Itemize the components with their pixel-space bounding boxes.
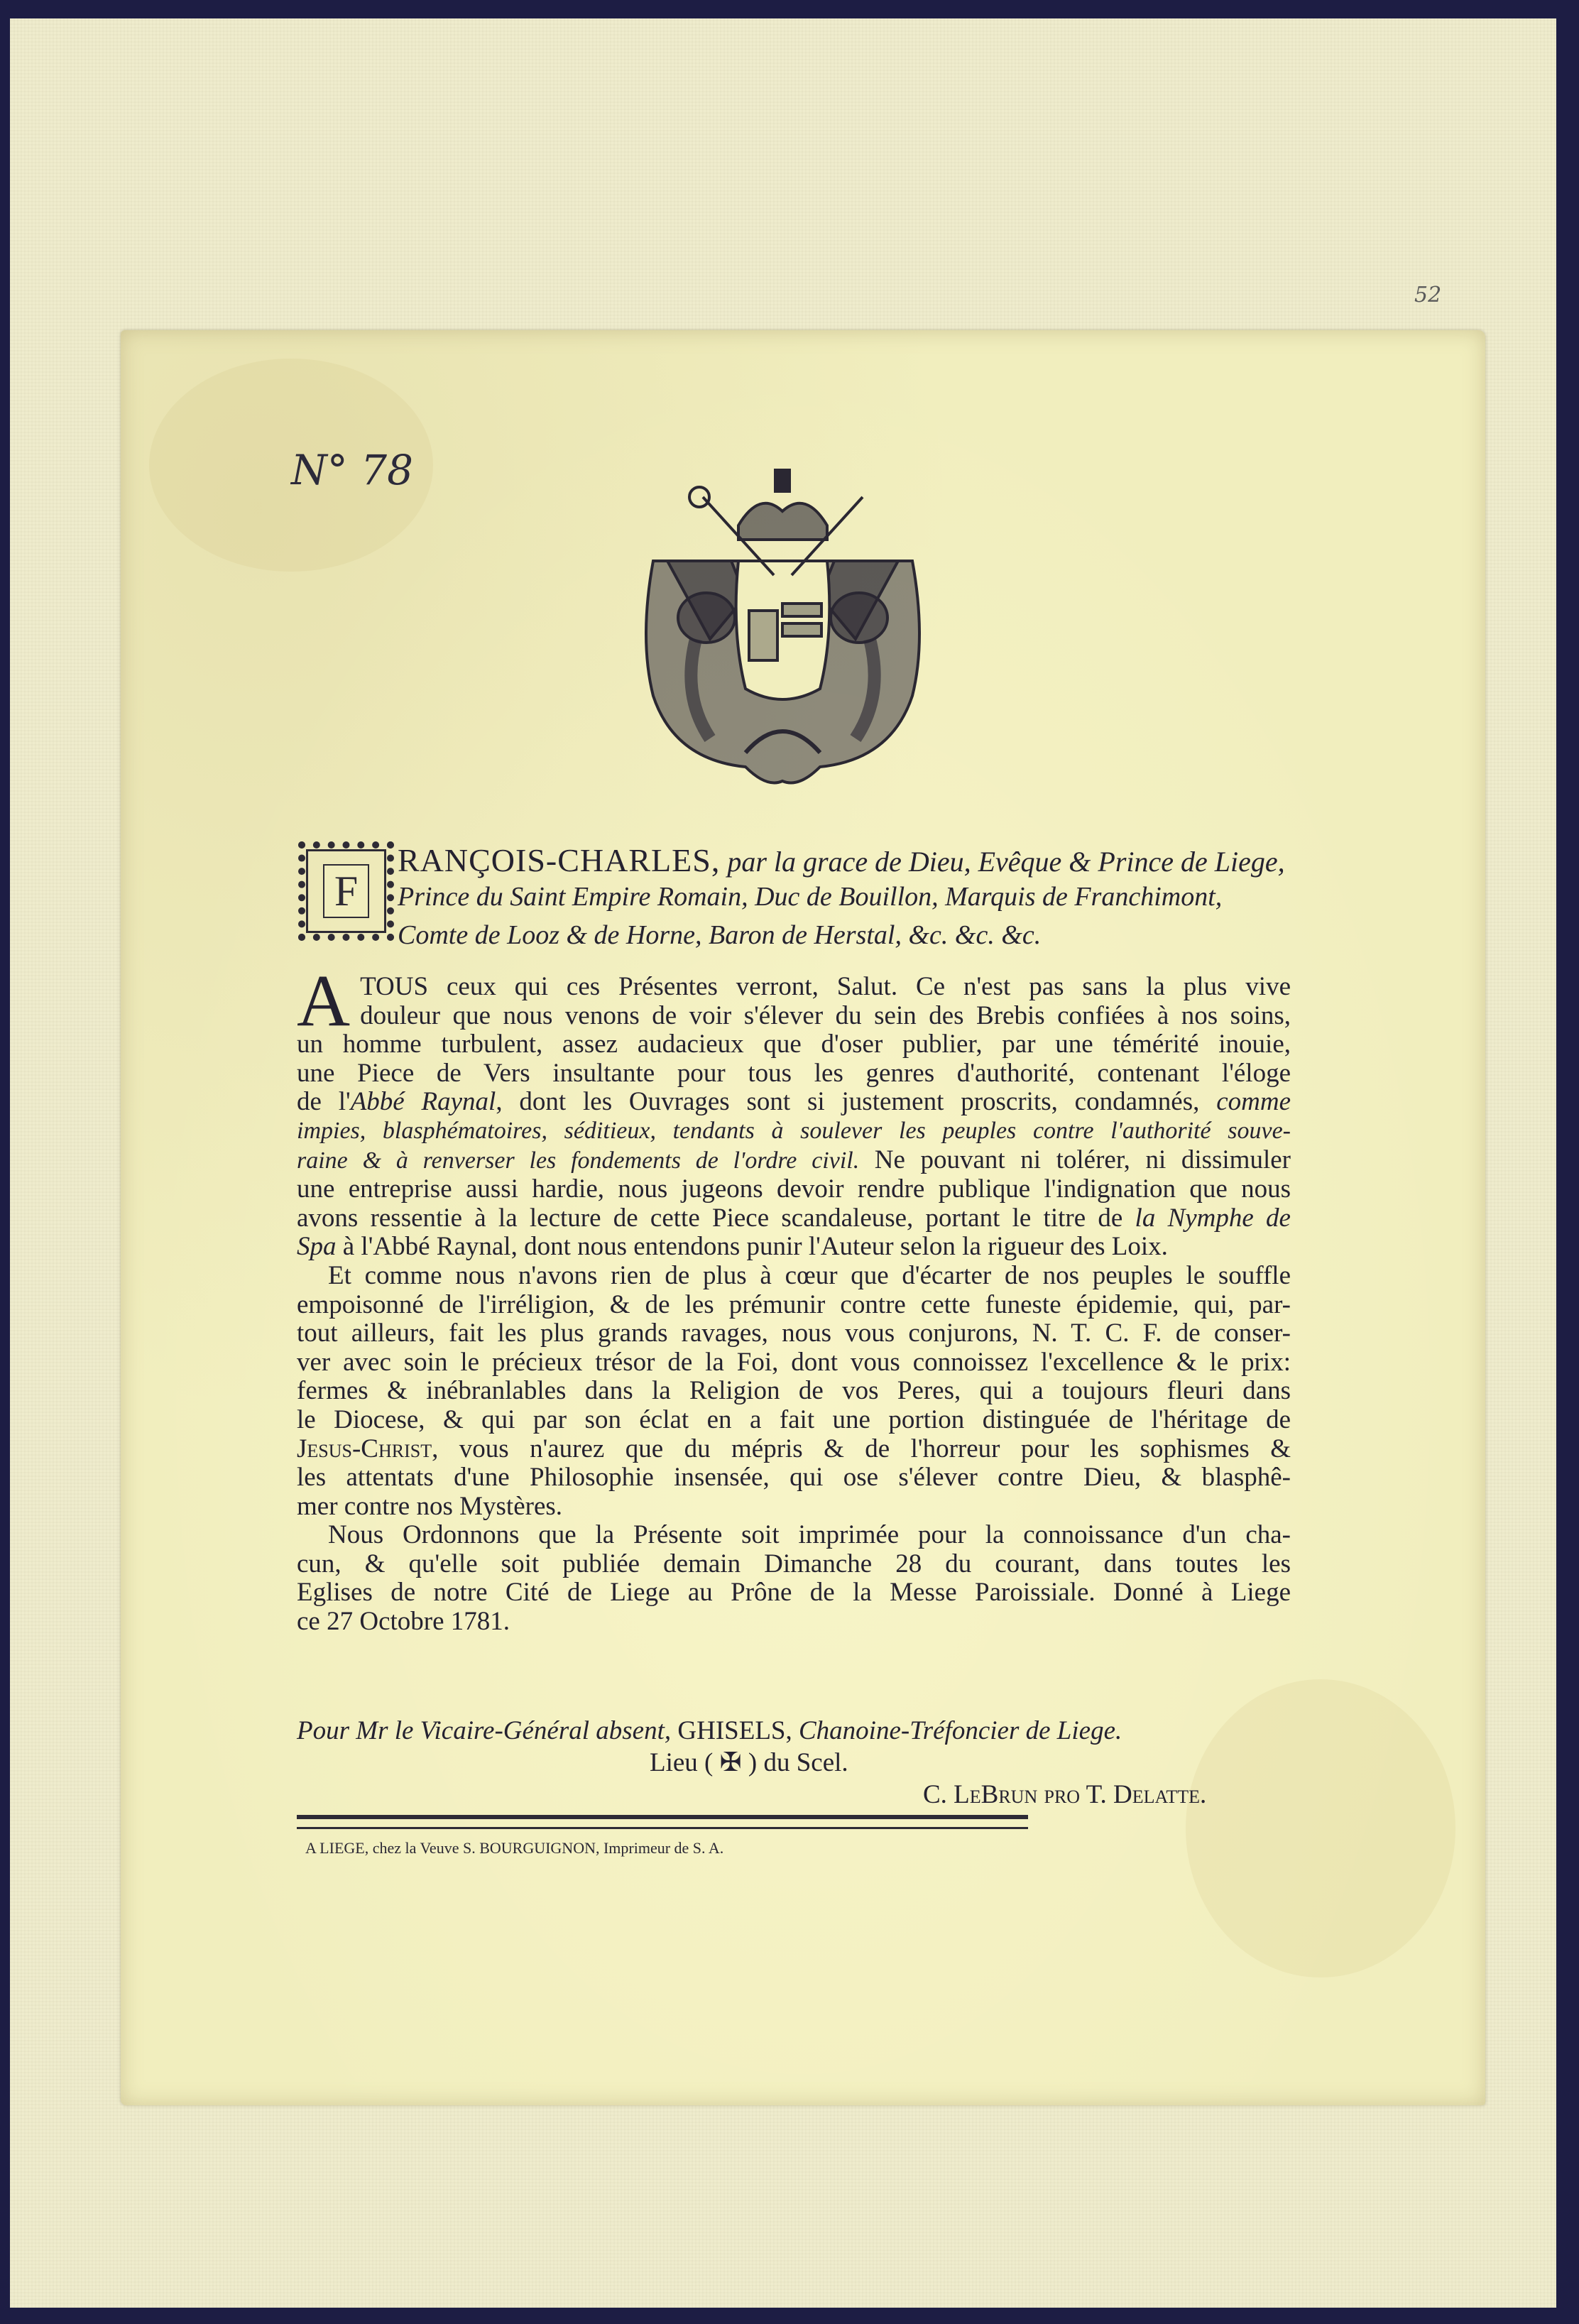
body-line: cun, & qu'elle soit publiée demain Diman… <box>297 1550 1291 1579</box>
coat-of-arms-icon <box>625 454 941 788</box>
text-segment-italic: Abbé Raynal <box>351 1087 496 1116</box>
body-line: ver avec soin le précieux trésor de la F… <box>297 1348 1291 1378</box>
paper-stain <box>1186 1679 1455 1977</box>
drop-cap: A <box>297 980 350 1022</box>
body-line: mer contre nos Mystères. <box>297 1493 1291 1522</box>
folio-number: 52 <box>1414 283 1441 307</box>
body-line: fermes & inébranlables dans la Religion … <box>297 1377 1291 1406</box>
body-line: tout ailleurs, fait les plus grands rava… <box>297 1319 1291 1348</box>
title-line-3: Comte de Looz & de Horne, Baron de Herst… <box>398 920 1041 951</box>
body-line: TOUS ceux qui ces Présentes verront, Sal… <box>297 973 1291 1002</box>
text-segment: à l'Abbé Raynal, dont nous entendons pun… <box>337 1232 1168 1261</box>
manuscript-number: N° 78 <box>291 446 413 494</box>
decorated-initial: F <box>298 841 394 941</box>
body-line: raine & à renverser les fondements de l'… <box>297 1146 1291 1176</box>
vicar-office: Chanoine-Tréfoncier de Liege. <box>799 1716 1122 1745</box>
body-line: avons ressentie à la lecture de cette Pi… <box>297 1204 1291 1233</box>
body-line: de l'Abbé Raynal, dont les Ouvrages sont… <box>297 1088 1291 1117</box>
cross-icon: ✠ <box>720 1748 742 1777</box>
text-segment-italic: la Nymphe de <box>1135 1204 1291 1233</box>
body-line: les attentats d'une Philosophie insensée… <box>297 1463 1291 1493</box>
body-line: une entreprise aussi hardie, nous jugeon… <box>297 1175 1291 1204</box>
vicar-name: GHISELS, <box>677 1716 799 1745</box>
seal-label-left: Lieu ( <box>650 1748 713 1777</box>
text-segment: , dont les Ouvrages sont si justement pr… <box>496 1087 1216 1116</box>
seal-label-right: ) du Scel. <box>748 1748 848 1777</box>
printer-imprint: A LIEGE, chez la Veuve S. BOURGUIGNON, I… <box>305 1839 723 1857</box>
secretary-signature: C. LeBrun pro T. Delatte. <box>923 1779 1206 1810</box>
title-block: F RANÇOIS-CHARLES, par la grace de Dieu,… <box>298 841 1306 955</box>
body-line: empoisonné de l'irréligion, & de les pré… <box>297 1291 1291 1320</box>
body-line: Spa à l'Abbé Raynal, dont nous entendons… <box>297 1233 1291 1262</box>
text-segment: de l' <box>297 1087 351 1116</box>
body-line: un homme turbulent, assez audacieux que … <box>297 1030 1291 1059</box>
body-line: douleur que nous venons de voir s'élever… <box>297 1002 1291 1031</box>
title-line-2: Prince du Saint Empire Romain, Duc de Bo… <box>398 881 1222 912</box>
mandate-body: A TOUS ceux qui ces Présentes verront, S… <box>297 973 1291 1637</box>
vicar-signature-line: Pour Mr le Vicaire-Général absent, GHISE… <box>297 1715 1122 1746</box>
text-segment-smallcaps: Jesus-Christ <box>297 1434 432 1463</box>
seal-line: Lieu ( ✠ ) du Scel. <box>650 1747 848 1778</box>
body-line: Eglises de notre Cité de Liege au Prône … <box>297 1578 1291 1608</box>
text-segment: Ne pouvant ni tolérer, ni dissimuler <box>859 1145 1291 1174</box>
body-line: Jesus-Christ, vous n'aurez que du mépris… <box>297 1435 1291 1464</box>
body-line: Et comme nous n'avons rien de plus à cœu… <box>297 1262 1291 1291</box>
body-line: le Diocese, & qui par son éclat en a fai… <box>297 1406 1291 1435</box>
title-styling: par la grace de Dieu, Evêque & Prince de… <box>720 846 1284 878</box>
text-segment-italic: Spa <box>297 1232 337 1261</box>
body-line: Nous Ordonnons que la Présente soit impr… <box>297 1521 1291 1550</box>
body-line: impies, blasphématoires, séditieux, tend… <box>297 1117 1291 1146</box>
body-line: ce 27 Octobre 1781. <box>297 1608 1291 1637</box>
text-segment: , vous n'aurez que du mépris & de l'horr… <box>432 1434 1291 1463</box>
initial-letter: F <box>323 864 369 918</box>
body-line: une Piece de Vers insultante pour tous l… <box>297 1059 1291 1089</box>
double-rule-divider <box>297 1815 1028 1829</box>
text-segment: avons ressentie à la lecture de cette Pi… <box>297 1204 1135 1233</box>
title-line-1: RANÇOIS-CHARLES, par la grace de Dieu, E… <box>398 841 1285 879</box>
bishop-name: RANÇOIS-CHARLES, <box>398 842 720 878</box>
vicar-title: Pour Mr le Vicaire-Général absent, <box>297 1716 677 1745</box>
text-segment-italic: comme <box>1216 1087 1291 1116</box>
text-segment-italic: raine & à renverser les fondements de l'… <box>297 1147 859 1174</box>
